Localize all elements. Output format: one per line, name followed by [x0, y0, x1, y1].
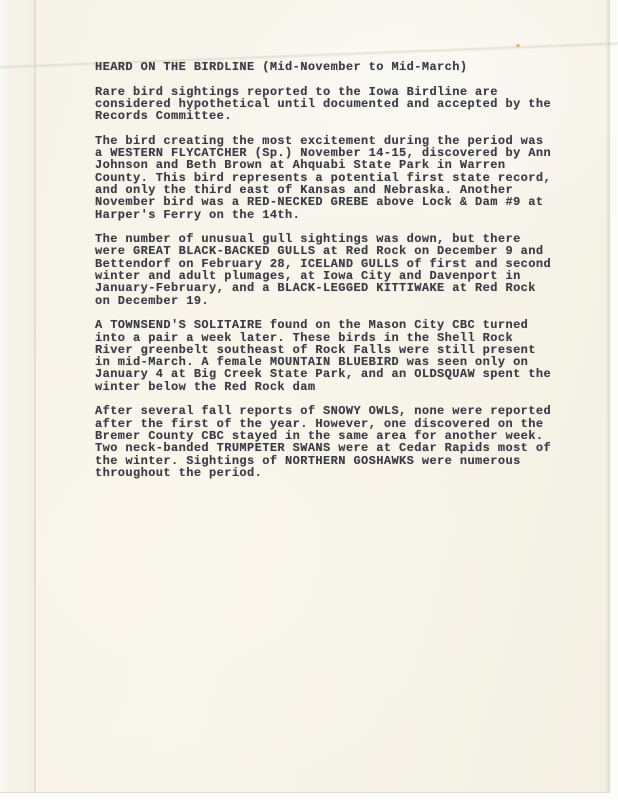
document-page: HEARD ON THE BIRDLINE (Mid-November to M…	[0, 0, 610, 793]
page-fold-line	[34, 0, 36, 792]
paragraph-snowy-owls: After several fall reports of SNOWY OWLS…	[95, 405, 581, 479]
paper-speck	[516, 44, 520, 47]
scanned-document: HEARD ON THE BIRDLINE (Mid-November to M…	[0, 0, 618, 800]
page-left-edge	[0, 0, 35, 792]
typewritten-text-block: HEARD ON THE BIRDLINE (Mid-November to M…	[95, 61, 581, 479]
paragraph-gull-sightings: The number of unusual gull sightings was…	[95, 233, 581, 307]
paragraph-western-flycatcher: The bird creating the most excitement du…	[95, 135, 581, 221]
page-right-edge-shadow	[605, 0, 609, 792]
paragraph-townsends-solitaire: A TOWNSEND'S SOLITAIRE found on the Maso…	[95, 319, 581, 393]
paragraph-intro: Rare bird sightings reported to the Iowa…	[95, 86, 581, 123]
document-title: HEARD ON THE BIRDLINE (Mid-November to M…	[95, 61, 581, 73]
